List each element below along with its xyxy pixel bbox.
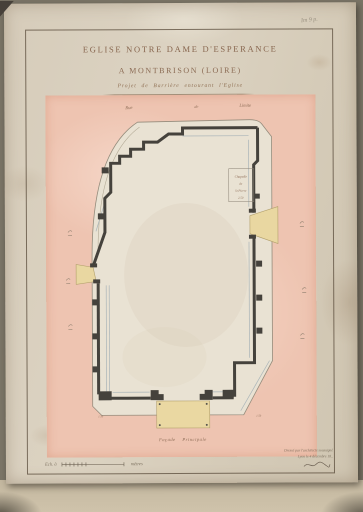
scale-ticks [60, 460, 128, 467]
street-label-right: Limite [238, 103, 251, 108]
drawing-sheet: Im 9 p. EGLISE NOTRE DAME D'ESPERANCE A … [4, 2, 358, 484]
chapel-note-line: 2.50 [238, 196, 244, 200]
signature-mark [303, 460, 331, 469]
dimension-right: 1.50 [256, 415, 262, 418]
scale-suffix: mètres [131, 461, 143, 466]
signature-block: Dressé par l'architecte soussigné Lyon l… [251, 448, 333, 469]
corner-shadow [0, 1, 14, 18]
paper-stain [122, 327, 206, 387]
facade-label: Façade Principale [158, 437, 207, 442]
dimension-left: 1.50 [98, 415, 104, 418]
street-label-left: Rue [124, 105, 132, 110]
document-title: EGLISE NOTRE DAME D'ESPERANCE [4, 43, 356, 55]
left-gate-steps [76, 264, 96, 284]
photographed-archival-drawing: { "titles": { "line1": "EGLISE NOTRE DAM… [0, 0, 363, 512]
street-label-middle: de [194, 104, 198, 109]
plan-drawing: Chapelle de St Pierre 2.50 Rue de Limite… [45, 94, 317, 457]
mount-board [0, 480, 363, 512]
paper-stain [124, 203, 249, 348]
site-plan: Chapelle de St Pierre 2.50 Rue de Limite… [45, 94, 317, 457]
main-entrance-steps [157, 401, 210, 428]
signature-line-2: Lyon le 4 décembre 18.. [251, 454, 333, 460]
document-location: A MONTBRISON (LOIRE) [4, 65, 356, 76]
chapel-note-line: Chapelle [235, 175, 248, 179]
chapel-note-line: St Pierre [235, 189, 247, 193]
pencil-annotation: Im 9 p. [301, 17, 318, 25]
scale-prefix: Ech. à [45, 462, 57, 467]
scale-bar: Ech. à mètres [45, 460, 143, 467]
